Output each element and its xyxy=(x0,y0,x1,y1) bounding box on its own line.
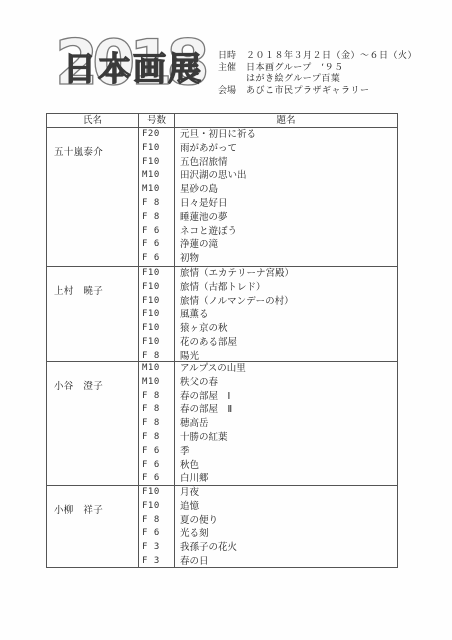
canvas-size: F10 xyxy=(142,308,174,322)
table-row: F 8睡蓮池の夢 xyxy=(47,211,397,225)
info-label: 主催 xyxy=(218,63,246,75)
canvas-size: F10 xyxy=(142,295,174,309)
canvas-size: F10 xyxy=(142,322,174,336)
table-row: M10アルプスの山里 xyxy=(47,362,397,376)
work-title: 猿ヶ京の秋 xyxy=(180,322,228,336)
canvas-size: F 8 xyxy=(142,431,174,445)
table-row: F10風薫る xyxy=(47,308,397,322)
work-title: 秩父の春 xyxy=(180,376,218,390)
info-row-venue: 会場 あびこ市民プラザギャラリー xyxy=(218,86,417,98)
table-row: F 8十勝の紅葉 xyxy=(47,431,397,445)
canvas-size: M10 xyxy=(142,169,174,183)
canvas-size: F10 xyxy=(142,281,174,295)
table-row: M10秩父の春 xyxy=(47,376,397,390)
canvas-size: F 6 xyxy=(142,459,174,473)
canvas-size: F10 xyxy=(142,156,174,170)
info-label: 会場 xyxy=(218,86,246,98)
table-row: F20元旦・初日に祈る xyxy=(47,128,397,142)
canvas-size: F 8 xyxy=(142,197,174,211)
work-title: 十勝の紅葉 xyxy=(180,431,228,445)
work-title: アルプスの山里 xyxy=(180,362,246,376)
info-value: あびこ市民プラザギャラリー xyxy=(246,86,370,98)
info-label: 日時 xyxy=(218,51,246,63)
table-row: F10月夜 xyxy=(47,486,397,500)
header-title: 題名 xyxy=(175,114,397,127)
canvas-size: F10 xyxy=(142,336,174,350)
work-title: ネコと遊ぼう xyxy=(180,225,237,239)
info-value: ２０１８年３月２日（金）～６日（火） xyxy=(246,51,417,63)
header-name: 氏名 xyxy=(47,114,139,127)
canvas-size: F 8 xyxy=(142,211,174,225)
work-title: 季 xyxy=(180,445,190,459)
table-row: F 3我孫子の花火 xyxy=(47,541,397,555)
work-title: 睡蓮池の夢 xyxy=(180,211,228,225)
work-title: 花のある部屋 xyxy=(180,336,237,350)
table-row: F 6ネコと遊ぼう xyxy=(47,225,397,239)
table-row: F 6秋色 xyxy=(47,459,397,473)
table-row: F 6光る刻 xyxy=(47,527,397,541)
canvas-size: M10 xyxy=(142,376,174,390)
canvas-size: F10 xyxy=(142,267,174,281)
works-table: 氏名 号数 題名 五十嵐泰介F20元旦・初日に祈るF10雨があがってF10五色沼… xyxy=(46,113,398,568)
work-title: 月夜 xyxy=(180,486,199,500)
info-label xyxy=(218,74,246,86)
table-row: F 6初物 xyxy=(47,252,397,266)
work-title: 光る刻 xyxy=(180,527,209,541)
info-value: 日本画グループ ‘９５ xyxy=(246,63,344,75)
table-row: F 8夏の便り xyxy=(47,514,397,528)
table-row: F10旅情（エカテリーナ宮殿） xyxy=(47,267,397,281)
canvas-size: M10 xyxy=(142,362,174,376)
canvas-size: F 3 xyxy=(142,541,174,555)
canvas-size: F 8 xyxy=(142,403,174,417)
canvas-size: F10 xyxy=(142,142,174,156)
work-title: 旅情（エカテリーナ宮殿） xyxy=(180,267,294,281)
work-title: 穂高岳 xyxy=(180,417,209,431)
canvas-size: F10 xyxy=(142,500,174,514)
work-title: 雨があがって xyxy=(180,142,237,156)
canvas-size: F 3 xyxy=(142,555,174,569)
canvas-size: F 8 xyxy=(142,390,174,404)
canvas-size: F 6 xyxy=(142,252,174,266)
work-title: 日々是好日 xyxy=(180,197,228,211)
work-title: 旅情（ノルマンデーの村） xyxy=(180,295,294,309)
table-header: 氏名 号数 題名 xyxy=(47,114,397,128)
table-row: F 3春の日 xyxy=(47,555,397,569)
exhibition-flyer: 2018 日本画展 日時 ２０１８年３月２日（金）～６日（火） 主催 日本画グル… xyxy=(0,0,452,640)
work-title: 秋色 xyxy=(180,459,199,473)
table-row: F 8日々是好日 xyxy=(47,197,397,211)
canvas-size: F10 xyxy=(142,486,174,500)
table-row: M10星砂の島 xyxy=(47,183,397,197)
artist-group: 小谷 澄子M10アルプスの山里M10秩父の春F 8春の部屋 ⅠF 8春の部屋 Ⅱ… xyxy=(47,362,397,486)
table-row: F 6季 xyxy=(47,445,397,459)
work-title: 春の部屋 Ⅰ xyxy=(180,390,230,404)
exhibition-logo: 2018 日本画展 xyxy=(55,38,215,100)
info-row-date: 日時 ２０１８年３月２日（金）～６日（火） xyxy=(218,51,417,63)
work-title: 元旦・初日に祈る xyxy=(180,128,256,142)
work-title: 田沢湖の思い出 xyxy=(180,169,247,183)
table-row: F10五色沼旅情 xyxy=(47,156,397,170)
table-row: F10花のある部屋 xyxy=(47,336,397,350)
logo-title: 日本画展 xyxy=(63,51,203,87)
work-title: 風薫る xyxy=(180,308,209,322)
work-title: 旅情（古都トレド） xyxy=(180,281,266,295)
canvas-size: F 6 xyxy=(142,445,174,459)
table-row: F10旅情（ノルマンデーの村） xyxy=(47,295,397,309)
canvas-size: F 6 xyxy=(142,225,174,239)
table-row: F10旅情（古都トレド） xyxy=(47,281,397,295)
canvas-size: F20 xyxy=(142,128,174,142)
exhibition-info: 日時 ２０１８年３月２日（金）～６日（火） 主催 日本画グループ ‘９５ はがき… xyxy=(218,51,417,97)
canvas-size: M10 xyxy=(142,183,174,197)
header-size: 号数 xyxy=(139,114,175,127)
info-value: はがき絵グループ百葉 xyxy=(246,74,340,86)
table-row: F10追憶 xyxy=(47,500,397,514)
canvas-size: F 6 xyxy=(142,472,174,486)
canvas-size: F 8 xyxy=(142,417,174,431)
canvas-size: F 6 xyxy=(142,527,174,541)
work-title: 浄蓮の滝 xyxy=(180,238,218,252)
work-title: 春の日 xyxy=(180,555,209,569)
table-row: F10猿ヶ京の秋 xyxy=(47,322,397,336)
table-row: F 6浄蓮の滝 xyxy=(47,238,397,252)
work-title: 白川郷 xyxy=(180,472,209,486)
info-row-organizer: 主催 日本画グループ ‘９５ xyxy=(218,63,417,75)
table-row: F 8春の部屋 Ⅱ xyxy=(47,403,397,417)
table-row: F 8春の部屋 Ⅰ xyxy=(47,390,397,404)
artist-group: 小柳 祥子F10月夜F10追憶F 8夏の便りF 6光る刻F 3我孫子の花火F 3… xyxy=(47,486,397,567)
table-row: F10雨があがって xyxy=(47,142,397,156)
work-title: 星砂の島 xyxy=(180,183,218,197)
artist-group: 上村 曉子F10旅情（エカテリーナ宮殿）F10旅情（古都トレド）F10旅情（ノル… xyxy=(47,267,397,362)
work-title: 初物 xyxy=(180,252,199,266)
work-title: 春の部屋 Ⅱ xyxy=(180,403,232,417)
table-row: F 8穂高岳 xyxy=(47,417,397,431)
work-title: 我孫子の花火 xyxy=(180,541,237,555)
work-title: 五色沼旅情 xyxy=(180,156,228,170)
artist-group: 五十嵐泰介F20元旦・初日に祈るF10雨があがってF10五色沼旅情M10田沢湖の… xyxy=(47,128,397,267)
table-row: F 6白川郷 xyxy=(47,472,397,486)
work-title: 追憶 xyxy=(180,500,199,514)
work-title: 夏の便り xyxy=(180,514,218,528)
canvas-size: F 6 xyxy=(142,238,174,252)
table-row: M10田沢湖の思い出 xyxy=(47,169,397,183)
canvas-size: F 8 xyxy=(142,514,174,528)
info-row-organizer-2: はがき絵グループ百葉 xyxy=(218,74,417,86)
